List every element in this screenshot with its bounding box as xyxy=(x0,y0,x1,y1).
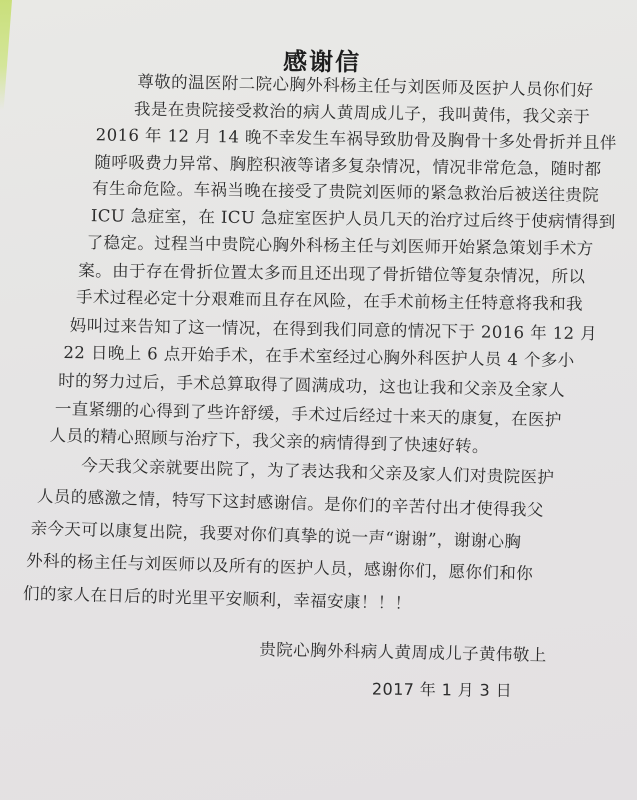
paragraph-2-line-1: 今天我父亲就要出院了，为了表达我和父亲及家人们对贵院医护 xyxy=(81,452,555,488)
letter-paper: 感谢信 尊敬的温医附二院心胸外科杨主任与刘医师及医护人员你们好 我是在贵院接受救… xyxy=(0,0,637,800)
paragraph-2-line-5: 们的家人在日后的时光里平安顺利，幸福安康！！！ xyxy=(23,580,412,614)
paragraph-1-line-10: 22 日晚上 6 点开始手术，在手术室经过心胸外科医护人员 4 个多小 xyxy=(63,339,575,371)
paragraph-2-line-4: 外科的杨主任与刘医师以及所有的医护人员，感谢你们，愿你们和你 xyxy=(26,547,533,584)
paragraph-2-line-2: 人员的感激之情，特写下这封感谢信。是你们的辛苦付出才使得我父 xyxy=(37,483,544,521)
paragraph-2-line-3: 亲今天可以康复出院，我要对你们真挚的说一声“谢谢”，谢谢心胸 xyxy=(30,515,521,553)
paragraph-1-line-6: 了稳定。过程当中贵院心胸外科杨主任与刘医师开始紧急策划手术方 xyxy=(87,229,594,259)
paragraph-1-line-8: 手术过程必定十分艰难而且存在风险，在手术前杨主任特意将我和我 xyxy=(76,284,583,315)
letter-date: 2017 年 1 月 3 日 xyxy=(372,677,512,701)
paragraph-1-line-5: ICU 急症室，在 ICU 急症室医护人员几天的治疗过后终于使病情得到 xyxy=(91,202,616,232)
signature: 贵院心胸外科病人黄周成儿子黄伟敬上 xyxy=(259,636,547,666)
thank-you-letter: 感谢信 尊敬的温医附二院心胸外科杨主任与刘医师及医护人员你们好 我是在贵院接受救… xyxy=(0,0,637,800)
paragraph-1-line-7: 案。由于存在骨折位置太多而且还出现了骨折错位等复杂情况，所以 xyxy=(78,257,585,287)
paragraph-1-line-4: 有生命危险。车祸当晚在接受了贵院刘医师的紧急救治后被送往贵院 xyxy=(92,175,599,206)
paragraph-1-line-11: 时的努力过后，手术总算取得了圆满成功，这也让我和父亲及全家人 xyxy=(58,367,565,401)
